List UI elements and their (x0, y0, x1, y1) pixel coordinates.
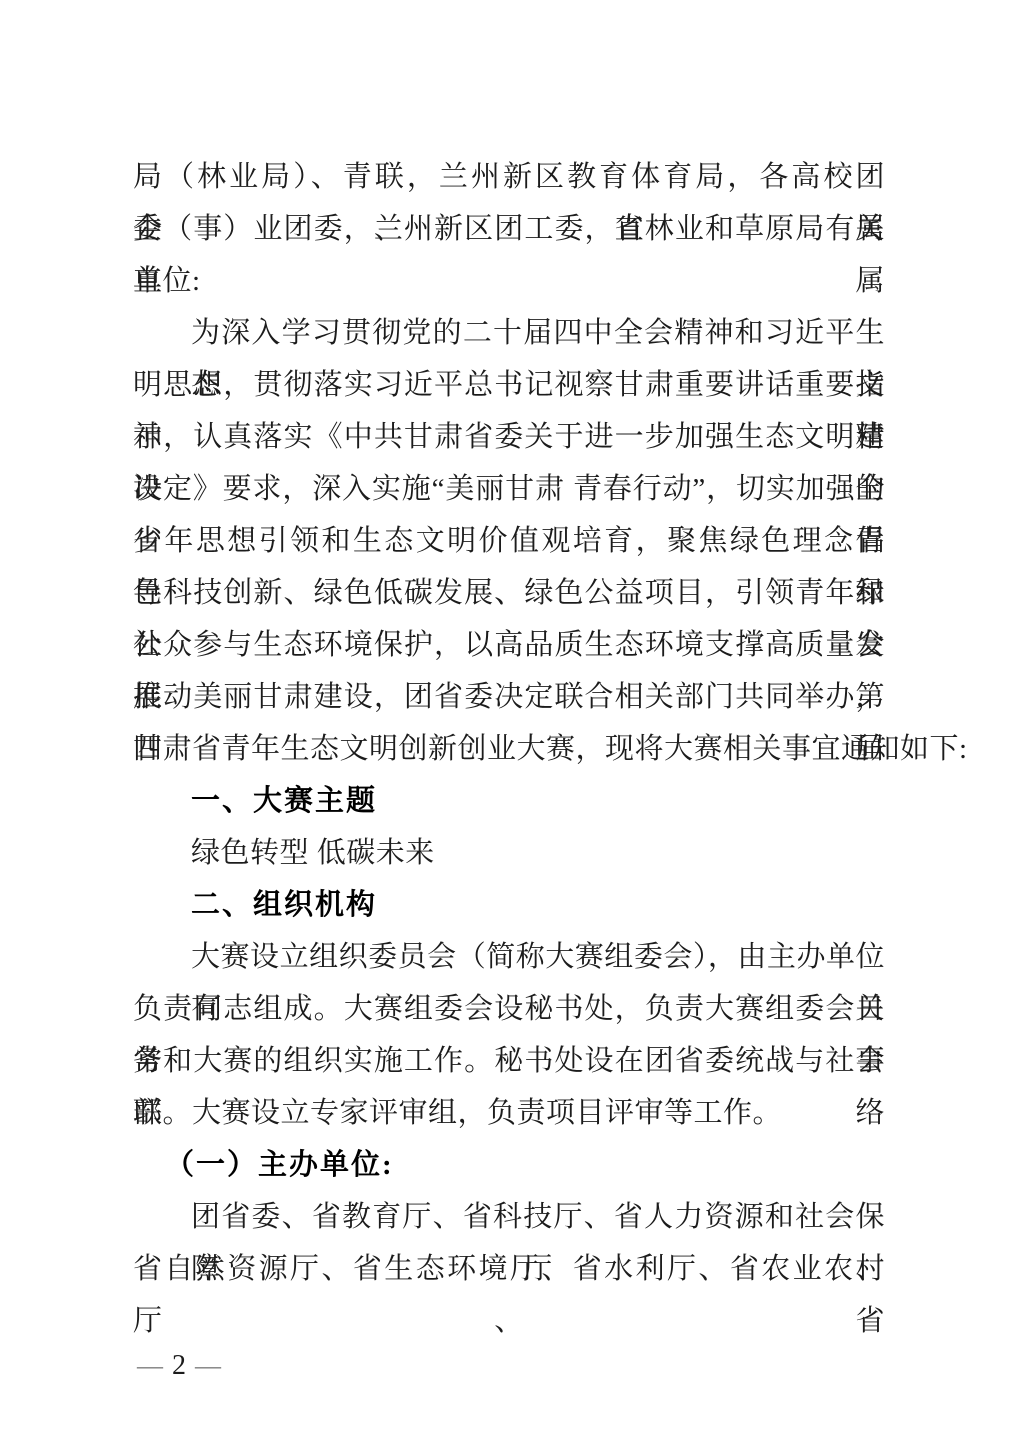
text-line: 负责同志组成。大赛组委会设秘书处，负责大赛组委会日常事 (133, 983, 885, 1035)
subsection-heading-host: （一）主办单位: (133, 1139, 885, 1191)
text-line: 神，认真落实《中共甘肃省委关于进一步加强生态文明建设的 (133, 411, 885, 463)
text-line: 色科技创新、绿色低碳发展、绿色公益项目，引领青年和社会 (133, 567, 885, 619)
section-heading-org: 二、组织机构 (133, 879, 885, 931)
document-body: 局（林业局）、青联，兰州新区教育体育局，各高校团委、直属 企（事）业团委，兰州新… (133, 151, 885, 1295)
page-number-dash-left: — (137, 1353, 163, 1379)
text-line: 甘肃省青年生态文明创新创业大赛，现将大赛相关事宜通知如下: (133, 723, 885, 775)
text-line: 省自然资源厅、省生态环境厅、省水利厅、省农业农村厅、省 (133, 1243, 885, 1295)
document-page: 局（林业局）、青联，兰州新区教育体育局，各高校团委、直属 企（事）业团委，兰州新… (0, 0, 1024, 1447)
text-line: 为深入学习贯彻党的二十届四中全会精神和习近平生态文 (133, 307, 885, 359)
text-line: 企（事）业团委，兰州新区团工委，省林业和草原局有关直属 (133, 203, 885, 255)
text-line: 团省委、省教育厅、省科技厅、省人力资源和社会保障厅、 (133, 1191, 885, 1243)
text-line: 部。大赛设立专家评审组，负责项目评审等工作。 (133, 1087, 885, 1139)
text-line: 明思想，贯彻落实习近平总书记视察甘肃重要讲话重要指示精 (133, 359, 885, 411)
text-line: 绿色转型 低碳未来 (133, 827, 885, 879)
text-line: 局（林业局）、青联，兰州新区教育体育局，各高校团委、直属 (133, 151, 885, 203)
section-heading-theme: 一、大赛主题 (133, 775, 885, 827)
page-number-value: 2 (172, 1350, 186, 1382)
text-line: 公众参与生态环境保护，以高品质生态环境支撑高质量发展， (133, 619, 885, 671)
text-line: 少年思想引领和生态文明价值观培育，聚焦绿色理念倡导、绿 (133, 515, 885, 567)
page-number-dash-right: — (195, 1353, 221, 1379)
page-number: — 2 — (137, 1348, 221, 1384)
text-line: 推动美丽甘肃建设，团省委决定联合相关部门共同举办第四届 (133, 671, 885, 723)
text-line: 大赛设立组织委员会（简称大赛组委会），由主办单位有关 (133, 931, 885, 983)
text-line: 务和大赛的组织实施工作。秘书处设在团省委统战与社会联络 (133, 1035, 885, 1087)
text-line: 决定》要求，深入实施“美丽甘肃 青春行动”，切实加强全省青 (133, 463, 885, 515)
